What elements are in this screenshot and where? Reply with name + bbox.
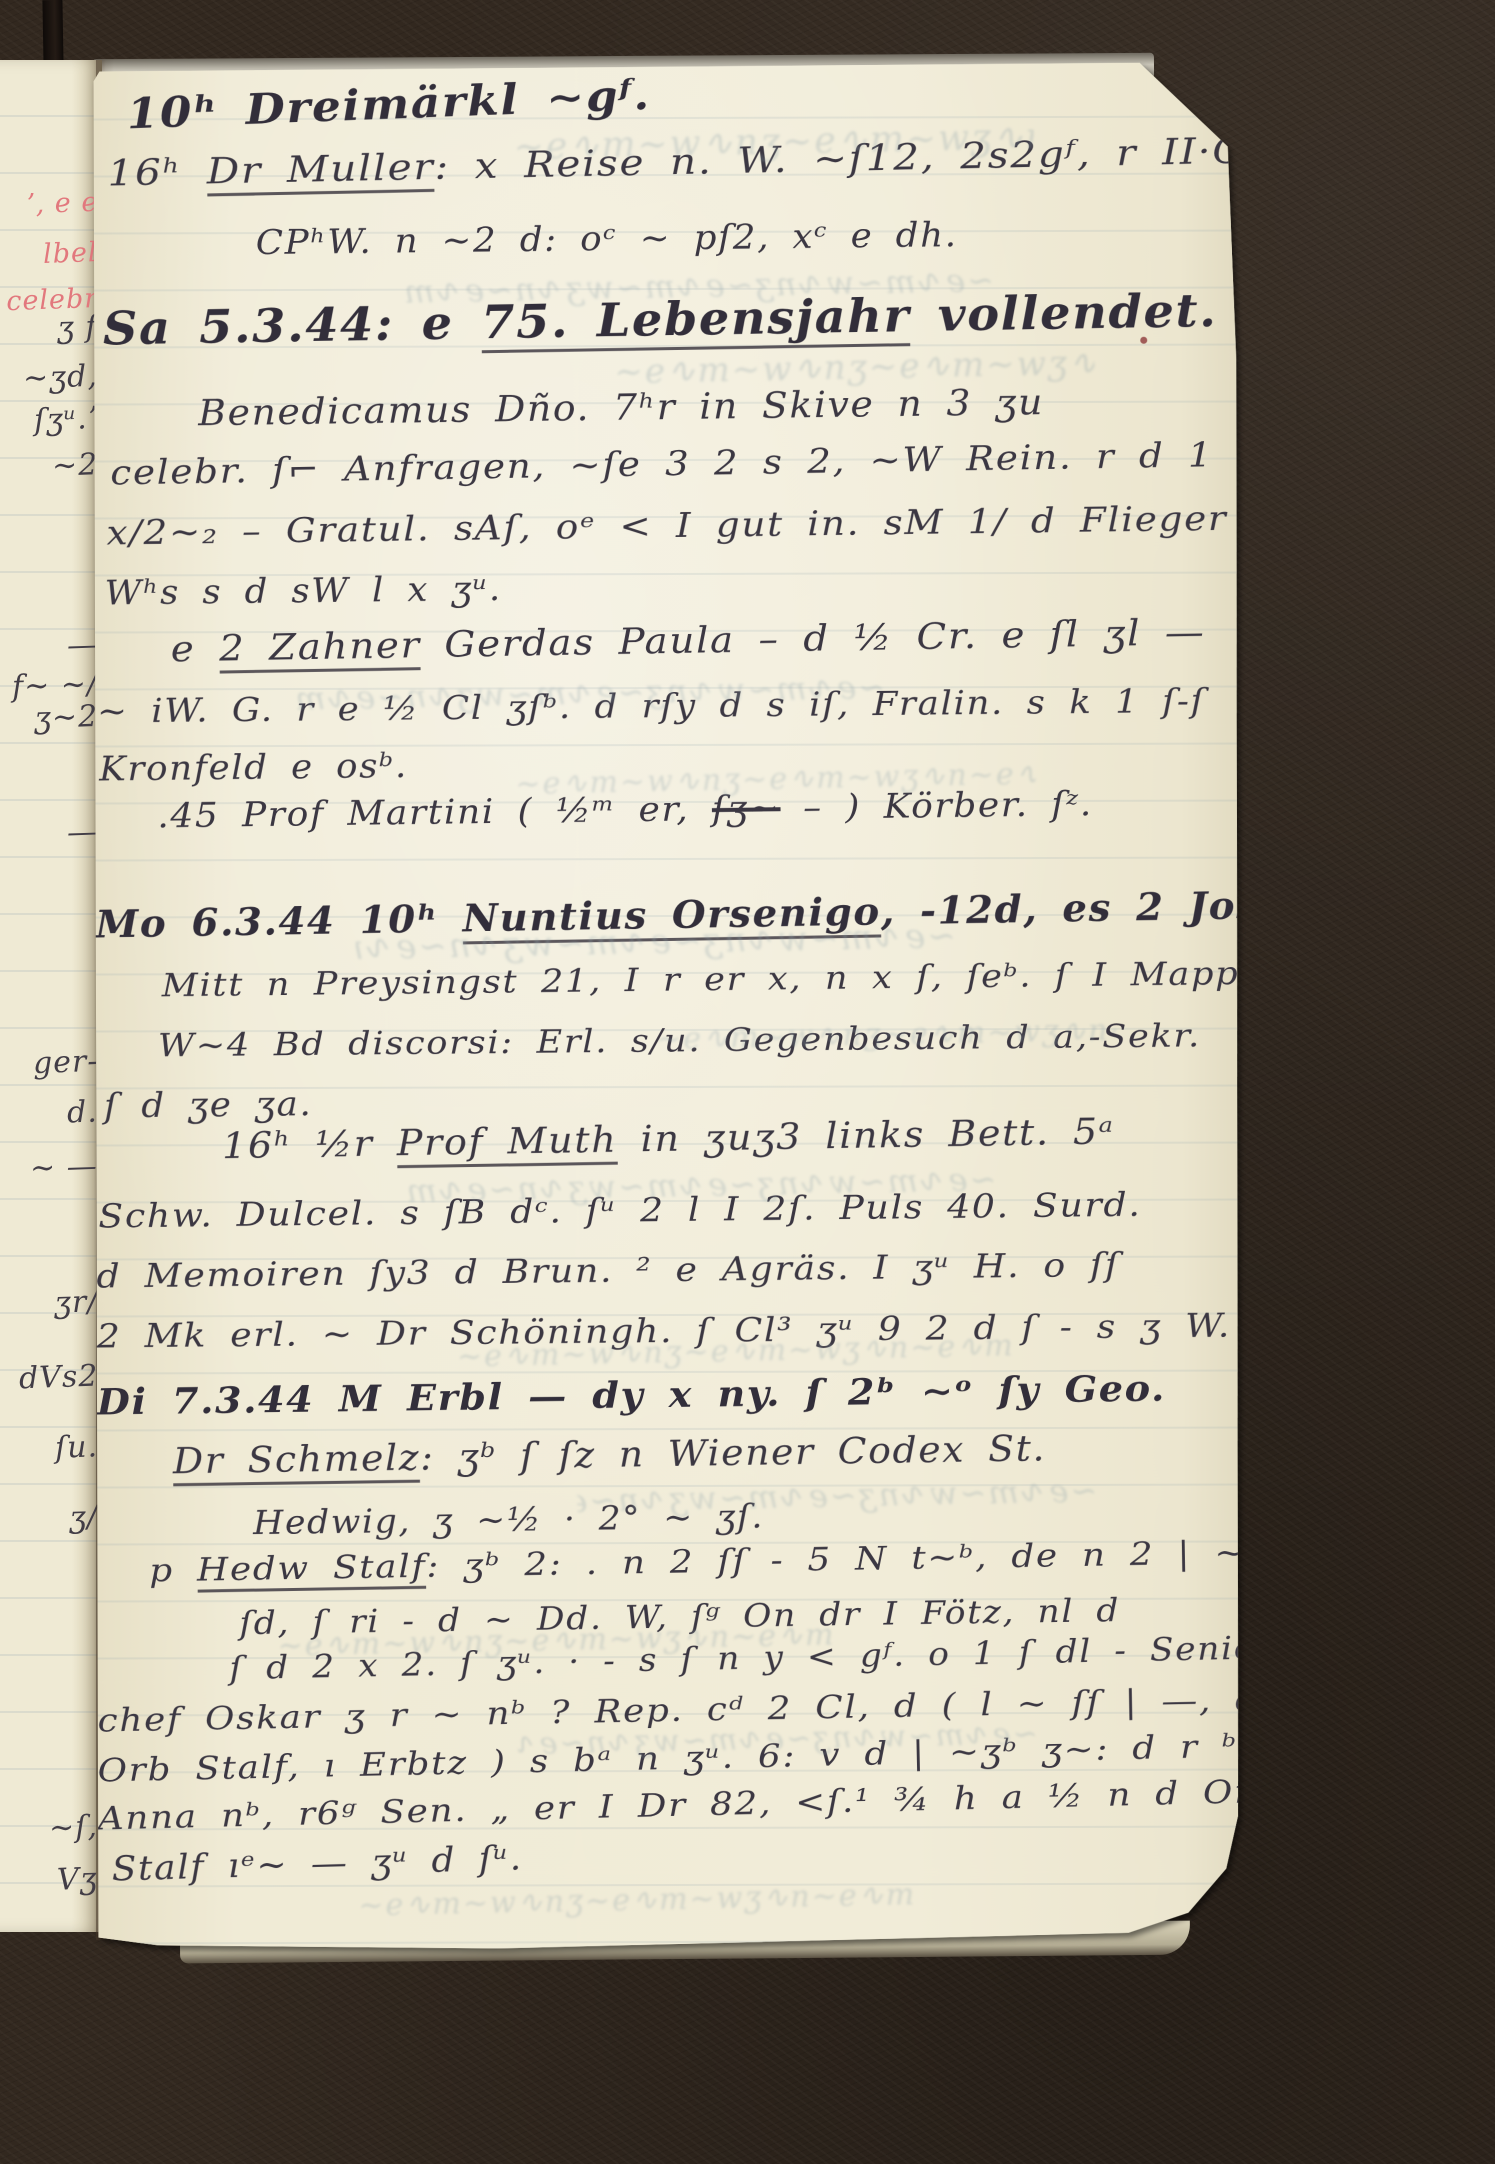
handwriting-line: d Memoiren ſy3 d Brun. ² e Agräs. I ʒᵘ H… [96, 1245, 1120, 1296]
handwriting-line: Hedwig, ʒ ∼½ · 2° ∼ ʒſ. [253, 1496, 764, 1542]
photo-of-diary: { "document": { "kind": "handwritten dia… [0, 0, 1495, 2164]
handwriting-run: Mo 6.3.44 [95, 898, 336, 947]
handwriting-run: : ʒᵇ ſ ſz n Wiener Codex St. [420, 1428, 1046, 1478]
handwriting-run: M Erbl — dy x ny. ſ 2ᵇ ∼ᵒ ſy Geo. [314, 1368, 1166, 1421]
handwriting-line: 10ʰ Dreimärkl ∼gᶠ. [126, 70, 652, 139]
handwriting-run: Schw. Dulcel. s ſB dᶜ. ſᵘ 2 l I 2ſ. Puls… [98, 1185, 1142, 1236]
handwriting-run: W∼4 Bd discorsi: Erl. s/u. Gegenbesuch d… [158, 1016, 1201, 1064]
facing-page-text-fragment: ∼ — [30, 1149, 99, 1186]
handwriting-run: Mitt n Preysingst 21, I r er x, n x ſ, ſ… [162, 954, 1275, 1005]
handwriting-run: d Memoiren ſy3 d Brun. ² e Agräs. I ʒᵘ H… [96, 1245, 1120, 1296]
handwriting-run: Di 7.3.44 [97, 1379, 315, 1424]
handwriting-run: CPʰW. n ∼2 d: oᶜ ∼ pſ2, xᶜ e dh. [256, 215, 958, 263]
handwriting-line: Dr Schmelz: ʒᵇ ſ ſz n Wiener Codex St. [173, 1428, 1047, 1482]
handwriting-run: 16ʰ [107, 151, 207, 194]
handwriting-run: Benedicamus Dño. 7ʰr in Skive n 3 ʒu [198, 382, 1044, 434]
handwriting-line: Schw. Dulcel. s ſB dᶜ. ſᵘ 2 l I 2ſ. Puls… [98, 1185, 1142, 1236]
facing-page-text-fragment: d. [67, 1094, 99, 1130]
handwriting-run: in ʒuʒ3 links Bett. 5ᵃ [617, 1111, 1115, 1160]
handwriting-run: , -12d, es 2 Josefs- [880, 881, 1345, 934]
handwriting-run: Kronfeld e osᵇ. [99, 746, 408, 789]
handwriting-line: Di 7.3.44 M Erbl — dy x ny. ſ 2ᵇ ∼ᵒ ſy G… [97, 1368, 1167, 1424]
handwriting-line: e 2 Zahner Gerdas Paula – d ½ Cr. e ſl ʒ… [170, 612, 1205, 670]
handwriting-line: 16ʰ ½r Prof Muth in ʒuʒ3 links Bett. 5ᵃ [222, 1111, 1115, 1167]
handwriting-line: Wʰs s d sW l x ʒᵘ. [104, 569, 502, 614]
facing-page-text-fragment: ʒ f [57, 309, 99, 345]
handwriting-run: p [149, 1551, 197, 1590]
handwriting-run: 2 Zahner [219, 625, 421, 673]
facing-page-edge: ʼ, e elbelʰ celebrʒ f∼ʒd,ſʒᵘ.ʼ∼2—f∼ ∼/ʒ∼… [0, 60, 102, 1932]
handwriting-line: Stalf ıᵉ∼ — ʒᵘ d ſᵘ. [111, 1838, 523, 1889]
facing-page-text-fragment: ſu. [54, 1429, 98, 1465]
facing-page-text-fragment: ger- [32, 1044, 99, 1081]
facing-page-text-fragment: ʒr/ [53, 1284, 99, 1321]
handwriting-line: x/2∼₂ – Gratul. sAſ, oᵉ < I gut in. sM 1… [106, 499, 1227, 554]
handwriting-run: Wʰs s d sW l x ʒᵘ. [104, 569, 502, 614]
margin-note-red: ʼ, e e [25, 187, 98, 221]
handwriting-run: : x Reise n. W. ∼ſ12, 2s2gᶠ, r II·Cl. [434, 130, 1275, 188]
facing-page-text-fragment: Vʒ [57, 1861, 99, 1897]
handwriting-run: Hedwig, ʒ ∼½ · 2° ∼ ʒſ. [253, 1496, 764, 1542]
facing-page-text-fragment: ʒ/ [68, 1500, 98, 1536]
handwriting-run: x/2∼₂ – Gratul. sAſ, oᵉ < I gut in. sM 1… [106, 499, 1227, 554]
handwriting-line: Sa 5.3.44: e 75. Lebensjahr vollendet. [102, 283, 1217, 355]
handwriting-run: Gerdas Paula – d ½ Cr. e ſl ʒl — [420, 612, 1205, 666]
facing-page-text-fragment: ʒ∼2 [33, 699, 98, 736]
handwriting-run: Prof Muth [396, 1120, 617, 1169]
facing-page-text-fragment: ſʒᵘ.ʼ [33, 401, 98, 438]
handwriting-run: celebr. ſ⌐ Anfragen, ∼ſe 3 2 s 2, ∼W Rei… [110, 435, 1214, 493]
handwriting-run: Hedw Stalf [197, 1547, 427, 1593]
handwriting-line: 2 Mk erl. ∼ Dr Schöningh. ſ Cl³ ʒᵘ 9 2 d… [97, 1306, 1232, 1356]
handwriting-run: Stalf ıᵉ∼ — ʒᵘ d ſᵘ. [111, 1838, 523, 1889]
handwriting-line: Mitt n Preysingst 21, I r er x, n x ſ, ſ… [162, 954, 1275, 1005]
handwriting-run: ſʒ∼ [712, 788, 781, 829]
handwriting-run: 75. Lebensjahr [481, 288, 911, 353]
facing-page-text-fragment: dVs2 [18, 1359, 99, 1397]
handwriting-run: vollendet. [910, 283, 1218, 342]
handwriting-run: 10ʰ Dreimärkl ∼gᶠ. [126, 70, 652, 139]
handwriting-run: ſ d ʒe ʒa. [104, 1084, 313, 1126]
handwriting-line: .45 Prof Martini ( ½ᵐ er, ſʒ∼ – ) Körber… [157, 784, 1093, 836]
margin-note-red: lbel [43, 237, 99, 270]
handwriting-line: CPʰW. n ∼2 d: oᶜ ∼ pſ2, xᶜ e dh. [256, 215, 958, 263]
diary-page: 10ʰ Dreimärkl ∼gᶠ.16ʰ Dr Muller: x Reise… [94, 60, 1253, 1965]
handwriting-run: : ʒᵇ 2: . n 2 ſſ - 5 N t∼ᵇ, de n 2 | ∼ ſ… [426, 1531, 1366, 1585]
facing-page-text-fragment: ∼ſ, [49, 1809, 99, 1846]
handwriting-run: Dr Muller [206, 147, 435, 197]
handwriting-line: Kronfeld e osᵇ. [99, 746, 408, 789]
handwriting-run: 2 Mk erl. ∼ Dr Schöningh. ſ Cl³ ʒᵘ 9 2 d… [97, 1306, 1232, 1356]
handwriting-line: ſ d ʒe ʒa. [104, 1084, 313, 1126]
handwriting-run: – ) Körber. ſᶻ. [780, 784, 1093, 828]
handwriting-run: Dr Schmelz [173, 1438, 421, 1487]
facing-page-text-fragment: — [66, 814, 98, 850]
facing-page-text-fragment: — [66, 627, 98, 663]
handwriting-line: Mo 6.3.44 10ʰ Nuntius Orsenigo, -12d, es… [95, 881, 1345, 947]
facing-page-text-fragment: ∼ʒd, [23, 359, 99, 397]
handwriting-run: Sa 5.3.44: e [102, 295, 481, 355]
handwriting-run: 16ʰ ½r [222, 1123, 397, 1167]
handwriting-line: Benedicamus Dño. 7ʰr in Skive n 3 ʒu [198, 382, 1044, 434]
handwriting-run: e [170, 629, 219, 671]
diary-page-paper: 10ʰ Dreimärkl ∼gᶠ.16ʰ Dr Muller: x Reise… [94, 60, 1253, 1965]
handwriting-run: 10ʰ [335, 895, 463, 942]
handwriting-line: 16ʰ Dr Muller: x Reise n. W. ∼ſ12, 2s2gᶠ… [107, 130, 1275, 194]
handwriting-line: ∼ iW. G. r e ½ Cl ʒſᵇ. d rſy d s iſ, Fra… [97, 681, 1206, 731]
handwriting-run: Nuntius Orsenigo [462, 888, 881, 944]
handwriting-run: ∼ iW. G. r e ½ Cl ʒſᵇ. d rſy d s iſ, Fra… [97, 681, 1206, 731]
handwriting-line: celebr. ſ⌐ Anfragen, ∼ſe 3 2 s 2, ∼W Rei… [110, 435, 1214, 493]
facing-page-text-fragment: ∼2 [51, 447, 98, 484]
ink-bleedthrough: ∼e∿m∼w∿nʒ∼e∿m∼wʒ∿n∼e∿m [358, 1876, 999, 1924]
handwriting-line: W∼4 Bd discorsi: Erl. s/u. Gegenbesuch d… [158, 1016, 1201, 1064]
handwriting-run: .45 Prof Martini ( ½ᵐ er, [157, 789, 712, 836]
